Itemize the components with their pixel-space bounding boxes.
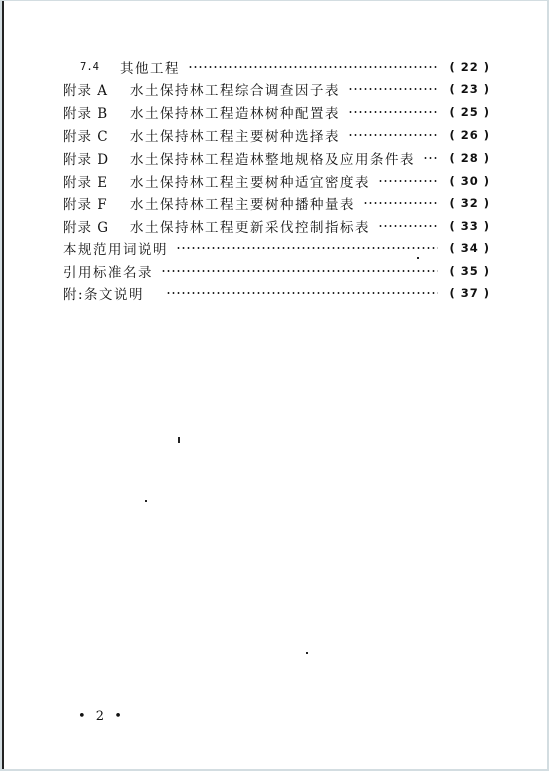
toc-entry[interactable]: 附录 F 水土保持林工程主要树种播种量表 ( 32 ) bbox=[63, 193, 490, 213]
dot-leader bbox=[423, 156, 438, 160]
toc-entry-number: 7.4 bbox=[80, 61, 120, 73]
toc-entry-page: ( 25 ) bbox=[444, 105, 490, 119]
dot-leader bbox=[166, 291, 438, 295]
toc-entry-title: 其他工程 bbox=[120, 57, 180, 77]
dot-leader bbox=[176, 246, 438, 250]
toc-entry-title: 水土保持林工程主要树种选择表 bbox=[130, 125, 340, 145]
scan-artifact bbox=[417, 257, 419, 259]
toc-entry-title: 水土保持林工程造林树种配置表 bbox=[130, 102, 340, 122]
toc-entry-number: 附录 F bbox=[63, 193, 130, 213]
document-page: 7.4 其他工程 ( 22 ) 附录 A 水土保持林工程综合调查因子表 ( 23… bbox=[2, 1, 547, 769]
toc-entry-number: 附录 D bbox=[63, 148, 130, 168]
dot-leader bbox=[161, 269, 438, 273]
toc-entry-number: 附录 A bbox=[63, 79, 130, 99]
scan-artifact bbox=[306, 652, 308, 654]
dot-leader bbox=[378, 224, 438, 228]
toc-entry[interactable]: 附录 G 水土保持林工程更新采伐控制指标表 ( 33 ) bbox=[63, 216, 490, 236]
toc-entry-title: 水土保持林工程综合调查因子表 bbox=[130, 79, 340, 99]
toc-entry[interactable]: 7.4 其他工程 ( 22 ) bbox=[80, 57, 490, 77]
dot-leader bbox=[363, 201, 438, 205]
toc-entry-title: 水土保持林工程造林整地规格及应用条件表 bbox=[130, 148, 415, 168]
toc-entry[interactable]: 附录 C 水土保持林工程主要树种选择表 ( 26 ) bbox=[63, 125, 490, 145]
toc-entry[interactable]: 附录 B 水土保持林工程造林树种配置表 ( 25 ) bbox=[63, 102, 490, 122]
toc-entry[interactable]: 本规范用词说明 ( 34 ) bbox=[63, 238, 490, 258]
toc-entry-page: ( 35 ) bbox=[444, 264, 490, 278]
toc-entry[interactable]: 附录 A 水土保持林工程综合调查因子表 ( 23 ) bbox=[63, 79, 490, 99]
toc-entry-page: ( 26 ) bbox=[444, 128, 490, 142]
toc-entry[interactable]: 引用标准名录 ( 35 ) bbox=[63, 261, 490, 281]
scan-artifact bbox=[178, 437, 180, 443]
toc-entry-page: ( 34 ) bbox=[444, 241, 490, 255]
toc-entry[interactable]: 附录 E 水土保持林工程主要树种适宜密度表 ( 30 ) bbox=[63, 171, 490, 191]
toc-entry-title: 附:条文说明 bbox=[63, 283, 144, 303]
toc-entry-number: 附录 C bbox=[63, 125, 130, 145]
toc-entry-page: ( 33 ) bbox=[444, 219, 490, 233]
page-number: • 2 • bbox=[78, 709, 125, 724]
toc-entry[interactable]: 附录 D 水土保持林工程造林整地规格及应用条件表 ( 28 ) bbox=[63, 148, 490, 168]
toc-entry-title: 水土保持林工程主要树种适宜密度表 bbox=[130, 171, 370, 191]
scan-artifact bbox=[145, 500, 147, 502]
toc-entry-title: 本规范用词说明 bbox=[63, 238, 168, 258]
toc-entry-title: 水土保持林工程更新采伐控制指标表 bbox=[130, 216, 370, 236]
dot-leader bbox=[348, 87, 438, 91]
toc-entry-number: 附录 G bbox=[63, 216, 130, 236]
toc-entry-number: 附录 B bbox=[63, 102, 130, 122]
toc-entry-title: 水土保持林工程主要树种播种量表 bbox=[130, 193, 355, 213]
toc-entry-page: ( 32 ) bbox=[444, 196, 490, 210]
toc-entry-page: ( 23 ) bbox=[444, 82, 490, 96]
toc-entry[interactable]: 附:条文说明 ( 37 ) bbox=[63, 283, 490, 303]
toc-entry-page: ( 30 ) bbox=[444, 174, 490, 188]
dot-leader bbox=[348, 133, 438, 137]
dot-leader bbox=[188, 65, 438, 69]
toc-entry-page: ( 22 ) bbox=[444, 60, 490, 74]
dot-leader bbox=[348, 110, 438, 114]
dot-leader bbox=[378, 179, 438, 183]
toc-entry-title: 引用标准名录 bbox=[63, 261, 153, 281]
toc-entry-page: ( 37 ) bbox=[444, 286, 490, 300]
toc-entry-number: 附录 E bbox=[63, 171, 130, 191]
toc-entry-page: ( 28 ) bbox=[444, 151, 490, 165]
